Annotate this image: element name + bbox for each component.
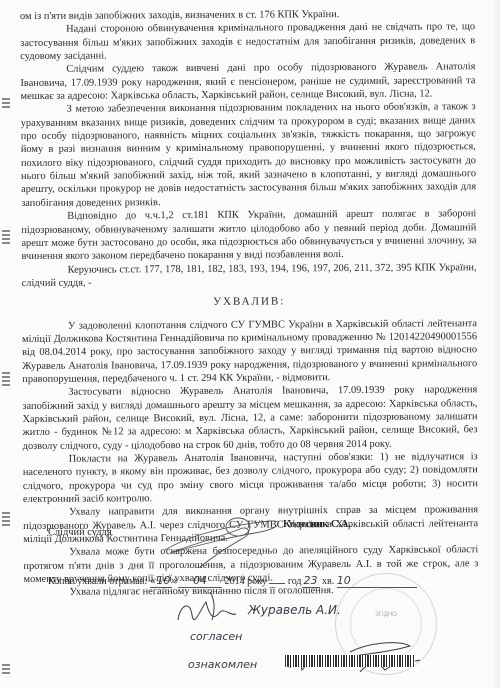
ruling-heading: УХВАЛИВ: <box>22 294 477 310</box>
binding-marks <box>2 370 12 388</box>
copy-hour: 23 <box>302 574 320 588</box>
judge-name: Колесник С.А. <box>283 519 351 530</box>
copy-hour-label: год <box>288 576 302 587</box>
svg-text:ознакомлен: ознакомлен <box>188 658 257 671</box>
copy-month: 04 <box>178 574 222 588</box>
paragraph: З метою забезпечення виконання підозрюва… <box>21 101 477 211</box>
ruling-paragraph: Покласти на Журавель Анатолія Івановича,… <box>23 450 478 506</box>
copy-year: 2014 року <box>225 576 267 587</box>
svg-text:согласен: согласен <box>190 630 242 643</box>
paragraph: Надані стороною обвинувачення кримінальн… <box>20 21 475 64</box>
paragraph: Слідчим суддею також вивчені дані про ос… <box>20 61 475 104</box>
binding-marks <box>2 96 12 110</box>
scan-edge-shadow <box>492 0 500 688</box>
judge-signature-icon <box>160 515 290 570</box>
binding-marks <box>2 228 12 246</box>
copy-received-label: Копію ухвали отримав: <box>48 576 147 587</box>
svg-text:Журавель А.И.: Журавель А.И. <box>247 603 341 617</box>
ruling-paragraph: У задоволенні клопотання слідчого СУ ГУМ… <box>22 317 477 386</box>
judge-label: Слідчий суддя <box>48 527 112 538</box>
copy-minute-label: хв. <box>322 576 334 587</box>
binding-marks <box>2 510 12 528</box>
copy-day: «10» <box>150 574 172 588</box>
barcode-icon <box>285 655 415 667</box>
binding-marks <box>2 662 12 676</box>
paragraph: Керуючись ст.ст. 177, 178, 181, 182, 183… <box>22 261 477 290</box>
document-body: ом із п'яти видів запобіжних заходів, ви… <box>20 7 479 600</box>
ruling-paragraph: Застосувати відносно Журавель Анатолія І… <box>22 383 477 452</box>
paragraph: Відповідно до ч.ч.1,2 ст.181 КПК України… <box>21 207 476 263</box>
document-page: ом із п'яти видів запобіжних заходів, ви… <box>0 0 500 688</box>
